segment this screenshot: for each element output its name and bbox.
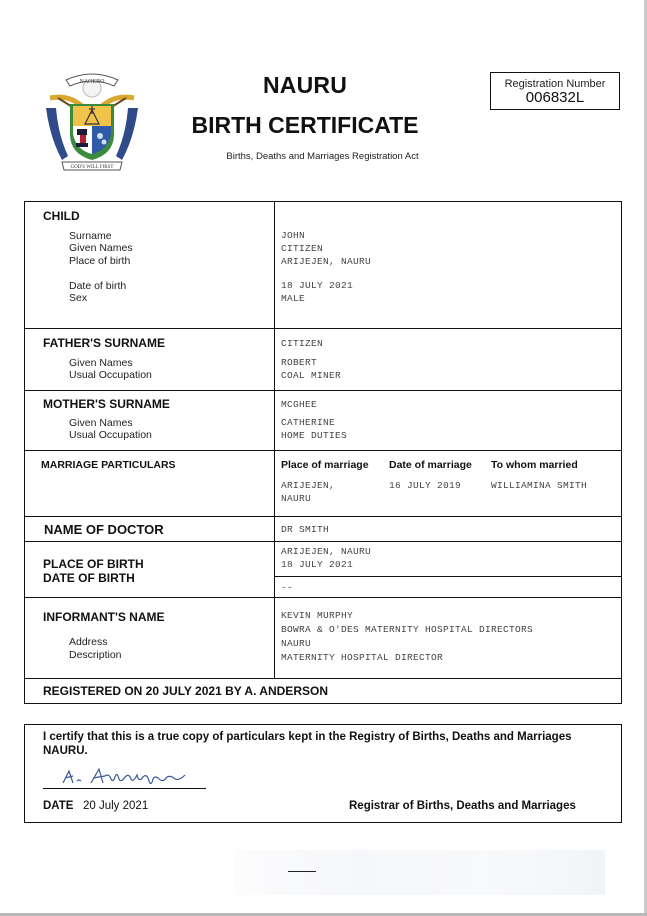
mother-section: MOTHER'S SURNAME Given Names Usual Occup…: [25, 391, 621, 451]
place-of-birth-value: ARIJEJEN, NAURU: [281, 545, 371, 558]
child-sex-value: MALE: [281, 292, 305, 305]
nauru-coat-of-arms-icon: NAOERO GOD'S WILL FIRST: [40, 68, 144, 172]
informant-address-label: Address: [69, 636, 108, 649]
place-of-marriage-value: ARIJEJEN,: [281, 479, 335, 492]
mother-surname-value: MCGHEE: [281, 398, 317, 411]
mother-given-names-label: Given Names: [69, 417, 133, 430]
child-surname-label: Surname: [69, 230, 112, 243]
certification-statement: I certify that this is a true copy of pa…: [43, 730, 603, 758]
date-of-marriage-value: 16 JULY 2019: [389, 479, 461, 492]
father-surname-value: CITIZEN: [281, 337, 323, 350]
certification-date-label: DATE: [43, 800, 73, 812]
svg-text:NAOERO: NAOERO: [80, 79, 106, 85]
informant-name-value: KEVIN MURPHY: [281, 609, 353, 622]
particulars-table: CHILD Surname Given Names Place of birth…: [24, 201, 622, 704]
divider: [275, 576, 621, 577]
informant-heading: INFORMANT'S NAME: [43, 610, 165, 624]
place-of-marriage-header: Place of marriage: [281, 459, 369, 471]
faded-watermark: [235, 850, 605, 895]
child-place-of-birth-value: ARIJEJEN, NAURU: [281, 255, 371, 268]
marriage-section: MARRIAGE PARTICULARS Place of marriage D…: [25, 451, 621, 517]
registration-number-box: Registration Number 006832L: [490, 72, 620, 110]
informant-description-label: Description: [69, 649, 122, 662]
place-of-marriage-value-line2: NAURU: [281, 492, 311, 505]
legislation-reference: Births, Deaths and Marriages Registratio…: [200, 151, 445, 162]
registrar-title: Registrar of Births, Deaths and Marriage…: [349, 800, 576, 812]
mother-given-names-value: CATHERINE: [281, 416, 335, 429]
mother-occupation-value: HOME DUTIES: [281, 429, 347, 442]
date-of-birth-value: 18 JULY 2021: [281, 558, 353, 571]
certification-box: I certify that this is a true copy of pa…: [24, 724, 622, 823]
registered-section: REGISTERED ON 20 JULY 2021 BY A. ANDERSO…: [25, 679, 621, 703]
informant-description-value: MATERNITY HOSPITAL DIRECTOR: [281, 651, 443, 664]
place-of-birth-heading: PLACE OF BIRTH: [43, 557, 144, 571]
registrar-signature: [57, 761, 207, 791]
father-occupation-label: Usual Occupation: [69, 369, 152, 382]
informant-section: INFORMANT'S NAME Address Description KEV…: [25, 598, 621, 679]
child-given-names-label: Given Names: [69, 242, 133, 255]
child-date-of-birth-label: Date of birth: [69, 280, 126, 293]
certification-date-value: 20 July 2021: [83, 800, 148, 812]
registration-number: 006832L: [491, 90, 619, 106]
child-heading: CHILD: [43, 209, 80, 223]
divider: [288, 871, 316, 872]
birth-extra-value: --: [281, 581, 293, 594]
informant-address-value: BOWRA & O'DES MATERNITY HOSPITAL DIRECTO…: [281, 623, 533, 636]
date-of-marriage-header: Date of marriage: [389, 459, 472, 471]
svg-text:GOD'S WILL FIRST: GOD'S WILL FIRST: [71, 165, 114, 170]
marriage-heading: MARRIAGE PARTICULARS: [41, 459, 176, 471]
child-place-of-birth-label: Place of birth: [69, 255, 130, 268]
registered-statement: REGISTERED ON 20 JULY 2021 BY A. ANDERSO…: [43, 684, 328, 698]
father-occupation-value: COAL MINER: [281, 369, 341, 382]
doctor-heading: NAME OF DOCTOR: [44, 522, 164, 537]
father-given-names-label: Given Names: [69, 357, 133, 370]
mother-occupation-label: Usual Occupation: [69, 429, 152, 442]
informant-address-value-line2: NAURU: [281, 637, 311, 650]
child-surname-value: JOHN: [281, 229, 305, 242]
date-of-birth-heading: DATE OF BIRTH: [43, 571, 135, 585]
doctor-name-value: DR SMITH: [281, 523, 329, 536]
country-title: NAURU: [180, 72, 430, 99]
father-heading: FATHER'S SURNAME: [43, 336, 165, 350]
child-given-names-value: CITIZEN: [281, 242, 323, 255]
child-section: CHILD Surname Given Names Place of birth…: [25, 202, 621, 329]
mother-heading: MOTHER'S SURNAME: [43, 397, 170, 411]
birth-section: PLACE OF BIRTH DATE OF BIRTH ARIJEJEN, N…: [25, 542, 621, 598]
to-whom-married-header: To whom married: [491, 459, 578, 471]
doctor-section: NAME OF DOCTOR DR SMITH: [25, 517, 621, 542]
spouse-name-value: WILLIAMINA SMITH: [491, 479, 587, 492]
father-section: FATHER'S SURNAME Given Names Usual Occup…: [25, 329, 621, 391]
child-date-of-birth-value: 18 JULY 2021: [281, 279, 353, 292]
document-title: BIRTH CERTIFICATE: [178, 112, 432, 139]
father-given-names-value: ROBERT: [281, 356, 317, 369]
signature-line: [43, 788, 206, 789]
child-sex-label: Sex: [69, 292, 87, 305]
